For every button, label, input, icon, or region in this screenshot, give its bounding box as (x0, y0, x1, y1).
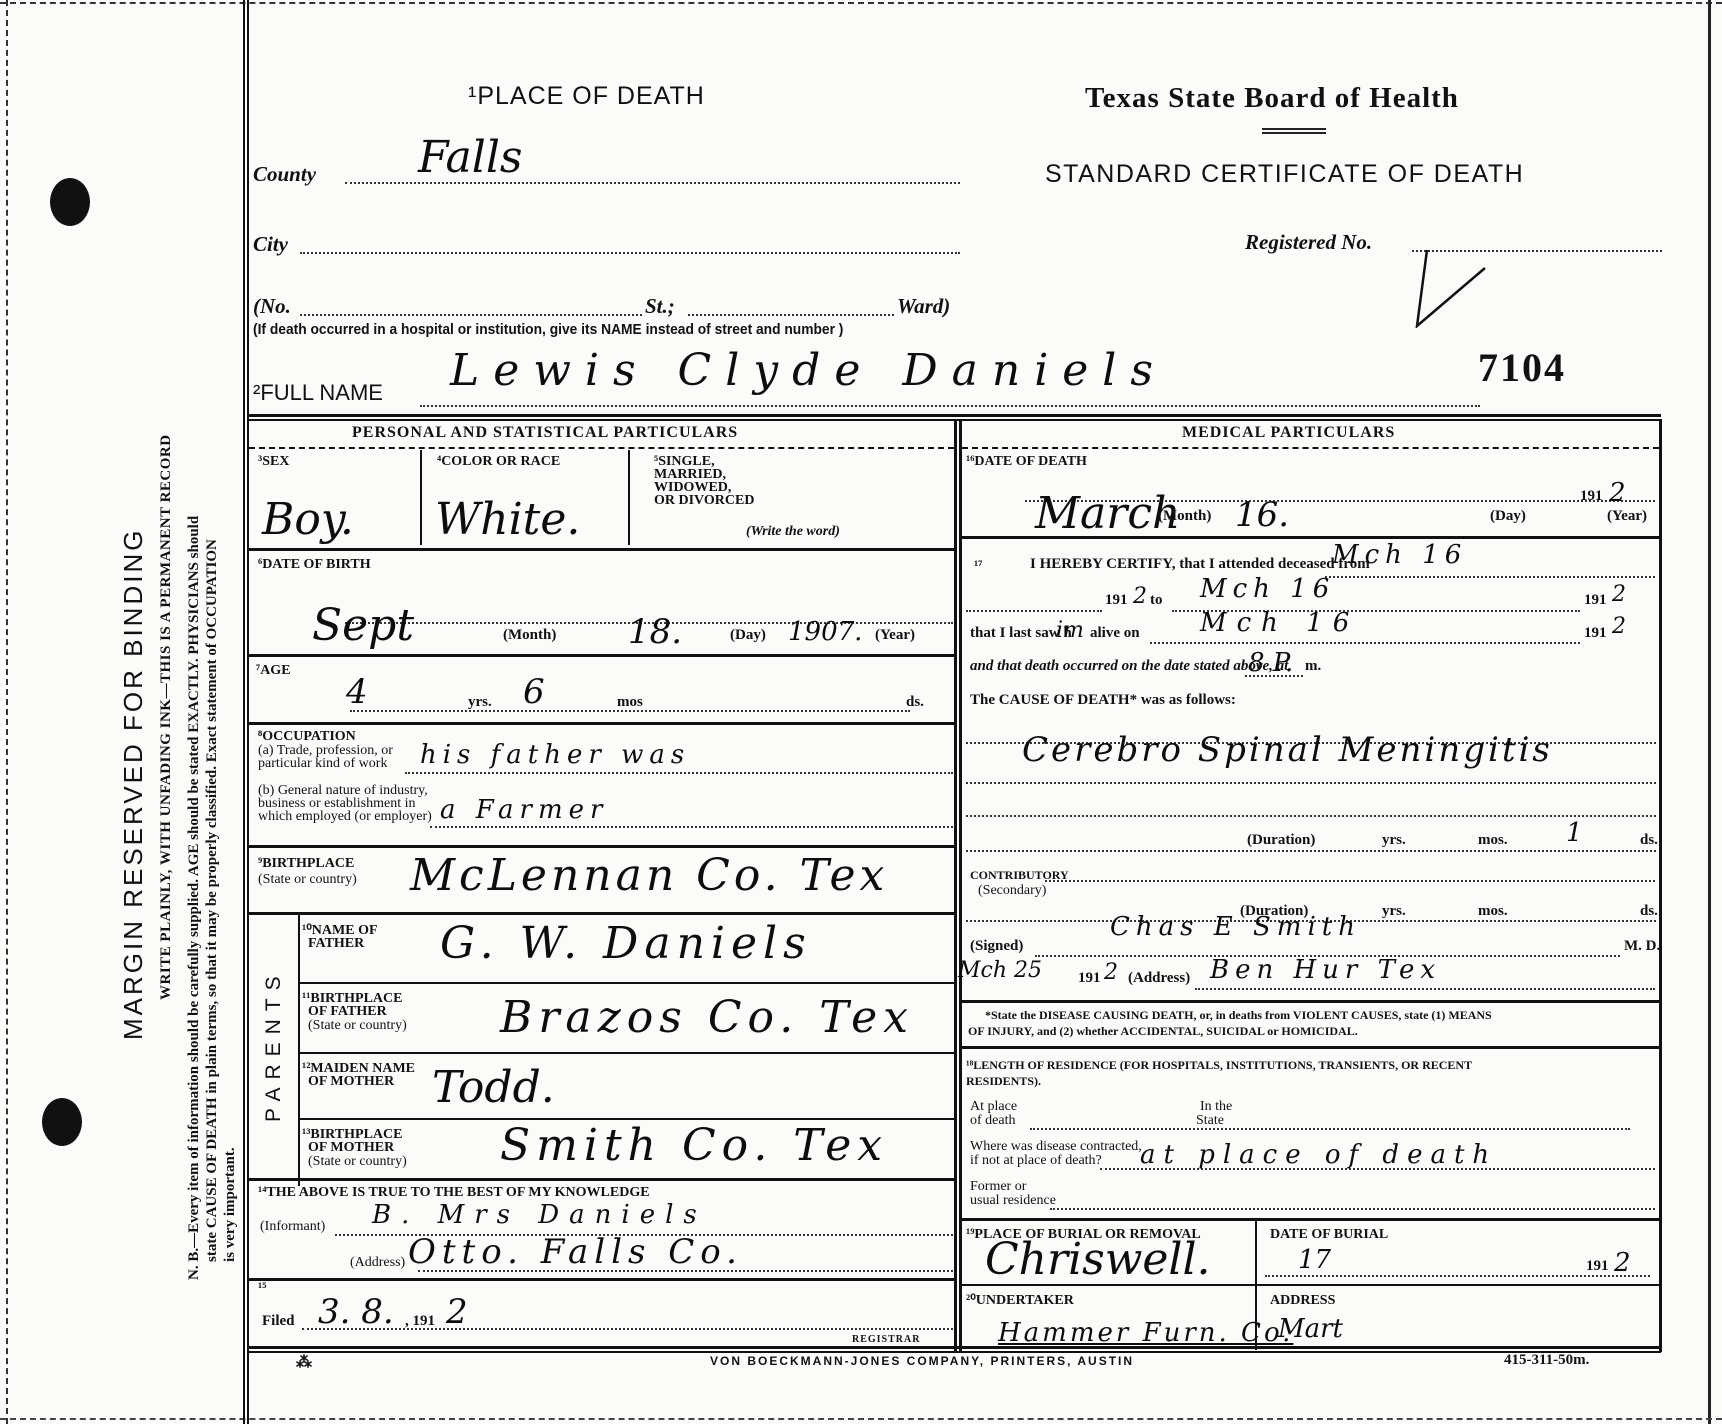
last-saw-value: Mch 16 (1200, 608, 1359, 638)
filed-field[interactable] (302, 1328, 953, 1330)
death-time-text: and that death occurred on the date stat… (970, 658, 1288, 675)
dod-day-value: 16. (1235, 495, 1289, 535)
section-bottom-rule (249, 1346, 1661, 1349)
rule-after-footnote (962, 1046, 1659, 1049)
occupation-a-label-2: particular kind of work (258, 757, 387, 771)
at-place-label-2: of death (970, 1114, 1015, 1128)
true-statement: ¹⁴THE ABOVE IS TRUE TO THE BEST OF MY KN… (258, 1186, 650, 1200)
city-field[interactable] (300, 252, 960, 254)
signed-year-value: 2 (1104, 960, 1118, 985)
full-name-label: ²FULL NAME (253, 380, 383, 406)
rule-after-residence (962, 1218, 1659, 1221)
page-edge-right (1708, 0, 1712, 1424)
undertaker-label: ²⁰UNDERTAKER (966, 1294, 1074, 1308)
margin-write-plainly-text: WRITE PLAINLY, WITH UNFADING INK—THIS IS… (158, 434, 175, 1000)
personal-section-title: PERSONAL AND STATISTICAL PARTICULARS (352, 424, 738, 442)
full-name-field[interactable] (420, 405, 1480, 407)
father-birthplace-label-2: OF FATHER (308, 1005, 387, 1019)
rule-after-dob (249, 654, 954, 657)
registered-no-label: Registered No. (1245, 230, 1372, 255)
burial-year-value: 2 (1614, 1248, 1631, 1278)
contracted-label-2: if not at place of death? (970, 1154, 1102, 1168)
checkmark-icon (1415, 238, 1525, 328)
cause-footnote-2: OF INJURY, and (2) whether ACCIDENTAL, S… (968, 1024, 1358, 1038)
year-191-c: 191 (1584, 625, 1607, 642)
rule-after-dod (962, 536, 1659, 539)
contracted-value: at place of death (1140, 1140, 1497, 1170)
death-time-value: 8 P. (1248, 648, 1293, 678)
father-birthplace-label-3: (State or country) (308, 1019, 407, 1033)
death-time-suffix: m. (1305, 658, 1321, 675)
contributory-ds-label: ds. (1640, 903, 1658, 920)
dob-year-label: (Year) (875, 627, 915, 644)
registrar-label: REGISTRAR (852, 1333, 920, 1347)
burial-year-prefix: 191 (1586, 1258, 1609, 1275)
rule-after-birthplace (249, 912, 954, 915)
column-divider (954, 419, 957, 1352)
binding-margin-rule (243, 0, 249, 1424)
secondary-label: (Secondary) (978, 884, 1046, 898)
at-place-field[interactable] (1030, 1128, 1630, 1130)
rule-after-informant (249, 1278, 954, 1281)
rule-after-sex (249, 548, 954, 551)
mother-birthplace-label-3: (State or country) (308, 1155, 407, 1169)
rule-after-burial (962, 1284, 1659, 1286)
printer-imprint: VON BOECKMANN-JONES COMPANY, PRINTERS, A… (710, 1354, 1134, 1368)
occupation-a-field[interactable] (405, 772, 953, 774)
burial-date-field[interactable] (1265, 1275, 1650, 1277)
md-label: M. D. (1624, 938, 1660, 955)
hospital-instruction: (If death occurred in a hospital or inst… (253, 321, 843, 338)
certify-text: I HEREBY CERTIFY, that I attended deceas… (1030, 556, 1370, 573)
section-top-rule (249, 414, 1661, 417)
age-years-value: 4 (346, 672, 368, 712)
year-b-value: 2 (1612, 582, 1626, 607)
rule-after-occupation (249, 845, 954, 848)
duration-mos-label: mos. (1478, 832, 1508, 849)
residence-label-2: RESIDENTS). (966, 1074, 1041, 1088)
rule-after-father-birthplace (300, 1052, 954, 1054)
age-months-label: mos (617, 694, 643, 711)
margin-nb-line-1: N. B.—Every item of information should b… (186, 516, 203, 1280)
filed-label: Filed (262, 1314, 295, 1328)
in-state-label-2: State (1196, 1114, 1224, 1128)
contributory-field[interactable] (1045, 880, 1655, 882)
punch-hole-icon (50, 178, 90, 226)
county-value: Falls (418, 132, 523, 183)
margin-nb-line-3: is very important. (222, 1147, 239, 1262)
sex-value: Boy. (262, 494, 354, 545)
rule-after-father-name (300, 982, 954, 984)
burial-place-value: Chriswell. (985, 1234, 1211, 1285)
signed-address-label: (Address) (1128, 970, 1190, 987)
cause-line-3[interactable] (966, 815, 1656, 817)
cause-footnote-1: *State the DISEASE CAUSING DEATH, or, in… (985, 1008, 1492, 1022)
sex-label: ³SEX (258, 455, 289, 469)
occupation-b-value: a Farmer (440, 795, 608, 825)
father-birthplace-value: Brazos Co. Tex (500, 992, 914, 1043)
duration-days-value: 1 (1566, 818, 1583, 848)
attended-from-field[interactable] (1325, 576, 1655, 578)
dob-label: ⁶DATE OF BIRTH (258, 558, 371, 572)
page-edge-left (6, 0, 9, 1424)
column-divider-2 (959, 419, 962, 1352)
to-label: to (1150, 592, 1163, 609)
certify-number: ¹⁷ (974, 560, 982, 574)
informant-address-label: (Address) (350, 1256, 405, 1270)
contracted-label-1: Where was disease contracted, (970, 1140, 1142, 1154)
street-no-label: (No. (253, 294, 291, 319)
attended-to-value: Mch 16 (1200, 574, 1335, 604)
parents-divider (298, 914, 300, 1186)
undertaker-address-value: Mart (1278, 1314, 1343, 1344)
personal-head-rule (249, 447, 954, 449)
dob-month-value: Sept (312, 600, 414, 651)
city-label: City (253, 232, 288, 257)
last-saw-pronoun: im (1056, 618, 1084, 643)
rule-after-mother-birthplace (249, 1178, 954, 1181)
former-residence-field[interactable] (1050, 1208, 1655, 1210)
death-certificate-page: MARGIN RESERVED FOR BINDING WRITE PLAINL… (0, 0, 1722, 1424)
father-name-value: G. W. Daniels (440, 918, 812, 969)
street-no-field[interactable] (300, 314, 642, 316)
dod-year-prefix: 191 (1580, 488, 1603, 505)
occupation-b-field[interactable] (430, 826, 953, 828)
undertaker-address-label: ADDRESS (1270, 1294, 1335, 1308)
year-c-value: 2 (1612, 614, 1626, 639)
race-marital-divider (628, 450, 630, 545)
filed-number: ¹⁵ (258, 1282, 266, 1296)
duration-line (966, 850, 1656, 852)
dod-day-label: (Day) (1490, 508, 1526, 525)
birthplace-value: McLennan Co. Tex (410, 850, 888, 901)
filed-year-prefix: , 191 (405, 1313, 435, 1330)
dod-year-value: 2 (1609, 478, 1626, 508)
form-code: 415-311-50m. (1504, 1352, 1589, 1369)
full-name-value: Lewis Clyde Daniels (450, 345, 1167, 396)
duration-ds-label: ds. (1640, 832, 1658, 849)
burial-date-value: 17 (1298, 1245, 1331, 1275)
union-label-icon: ⁂ (296, 1352, 312, 1372)
race-value: White. (435, 494, 580, 545)
cause-line-2[interactable] (966, 782, 1656, 784)
medical-head-rule (962, 447, 1659, 449)
place-of-death-title: ¹PLACE OF DEATH (468, 82, 705, 111)
birthplace-sublabel: (State or country) (258, 873, 357, 887)
attended-from-year-dots (966, 610, 1102, 612)
occupation-label: ⁸OCCUPATION (258, 730, 356, 744)
informant-value: B. Mrs Daniels (372, 1200, 707, 1230)
certificate-title: STANDARD CERTIFICATE OF DEATH (1045, 160, 1524, 189)
attended-from-value: Mch 16 (1332, 540, 1467, 570)
age-months-value: 6 (523, 672, 545, 712)
signed-date-value: Mch 25 (958, 958, 1042, 983)
dob-year-value: 1907. (788, 617, 862, 647)
duration-yrs-label: yrs. (1382, 832, 1406, 849)
year-191-b: 191 (1584, 592, 1607, 609)
mother-name-label-2: OF MOTHER (308, 1075, 394, 1089)
age-label: ⁷AGE (256, 664, 291, 678)
occupation-b-label-3: which employed (or employer) (258, 810, 432, 824)
signed-address-field[interactable] (1195, 988, 1655, 990)
father-name-label-2: FATHER (308, 937, 364, 951)
county-label: County (253, 162, 316, 187)
rule-after-signed (962, 1000, 1659, 1003)
signed-year-prefix: 191 (1078, 970, 1101, 987)
dob-day-label: (Day) (730, 627, 766, 644)
mother-birthplace-value: Smith Co. Tex (500, 1120, 888, 1171)
age-days-label: ds. (906, 694, 924, 711)
sex-race-divider (420, 450, 422, 545)
signed-label: (Signed) (970, 938, 1023, 955)
certificate-number: 7104 (1478, 344, 1566, 391)
filed-value: 3. 8. (318, 1292, 394, 1332)
board-title-rule (1262, 128, 1326, 134)
ward-label: Ward) (897, 294, 950, 319)
year-191-a: 191 (1105, 592, 1128, 609)
parents-vertical-label: PARENTS (262, 968, 286, 1122)
dod-year-label: (Year) (1607, 508, 1647, 525)
street-field[interactable] (688, 314, 894, 316)
marital-label-4: OR DIVORCED (654, 494, 754, 508)
filed-year-value: 2 (446, 1292, 468, 1332)
burial-date-label: DATE OF BURIAL (1270, 1228, 1388, 1242)
mother-name-value: Todd. (432, 1062, 555, 1113)
right-border (1659, 419, 1662, 1352)
margin-nb-line-2: state CAUSE OF DEATH in plain terms, so … (204, 539, 221, 1262)
residence-label-1: ¹⁸LENGTH OF RESIDENCE (FOR HOSPITALS, IN… (966, 1058, 1472, 1072)
date-of-death-label: ¹⁶DATE OF DEATH (966, 455, 1087, 469)
mother-birthplace-label-2: OF MOTHER (308, 1141, 394, 1155)
former-residence-label-1: Former or (970, 1180, 1026, 1194)
page-edge-top (0, 2, 1722, 5)
undertaker-value: Hammer Furn. Co. (998, 1318, 1293, 1348)
page-edge-bottom (0, 1418, 1722, 1420)
marital-hint: (Write the word) (746, 525, 840, 539)
occupation-a-value: his father was (420, 740, 690, 770)
signed-address-value: Ben Hur Tex (1210, 955, 1441, 985)
margin-reserved-text: MARGIN RESERVED FOR BINDING (118, 528, 149, 1040)
punch-hole-icon (42, 1098, 82, 1146)
dob-month-label: (Month) (503, 627, 556, 644)
board-title: Texas State Board of Health (1085, 82, 1459, 115)
signed-value: Chas E Smith (1110, 912, 1361, 942)
duration-label: (Duration) (1247, 832, 1315, 849)
race-label: ⁴COLOR OR RACE (437, 455, 560, 469)
at-place-label-1: At place (970, 1100, 1017, 1114)
age-years-label: yrs. (468, 694, 492, 711)
birthplace-label: ⁹BIRTHPLACE (258, 857, 354, 871)
cause-of-death-value: Cerebro Spinal Meningitis (1022, 730, 1553, 770)
section-bottom-rule-2 (249, 1351, 1661, 1353)
contributory-mos-label: mos. (1478, 903, 1508, 920)
street-label: St.; (645, 294, 675, 319)
medical-section-title: MEDICAL PARTICULARS (1182, 424, 1395, 442)
informant-label: (Informant) (260, 1220, 325, 1234)
dob-day-value: 18. (628, 612, 682, 652)
rule-after-age (249, 722, 954, 725)
former-residence-label-2: usual residence (970, 1194, 1056, 1208)
in-state-label-1: In the (1200, 1100, 1232, 1114)
cause-of-death-label: The CAUSE OF DEATH* was as follows: (970, 692, 1236, 709)
alive-on-label: alive on (1090, 625, 1140, 642)
dod-month-label: (Month) (1158, 508, 1211, 525)
informant-address-value: Otto. Falls Co. (408, 1232, 743, 1272)
contributory-yrs-label: yrs. (1382, 903, 1406, 920)
year-a-value: 2 (1133, 584, 1147, 609)
last-saw-field[interactable] (1150, 642, 1580, 644)
